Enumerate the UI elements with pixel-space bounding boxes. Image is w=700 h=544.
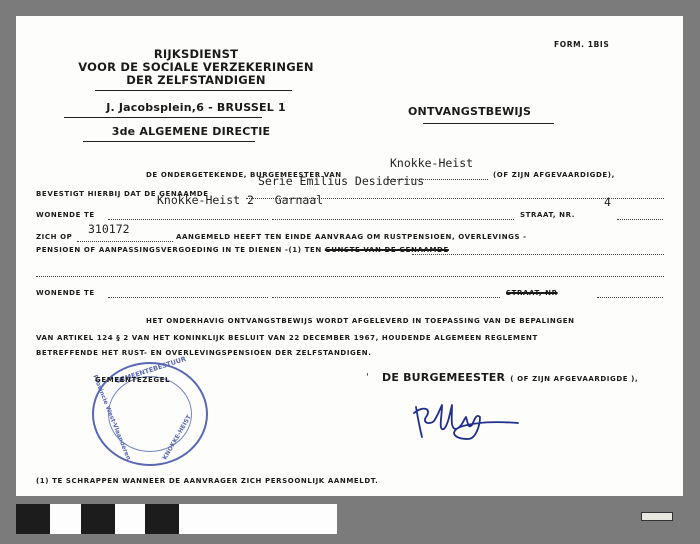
header-divider [95, 90, 292, 91]
calibration-block-white-1 [50, 504, 81, 534]
legal-paragraph-line1: Het onderhavig ontvangstbewijs wordt afg… [146, 317, 575, 325]
signatory-title: DE BURGEMEESTER [382, 371, 505, 384]
address-underline [64, 117, 262, 118]
org-name-line3: DER ZELFSTANDIGEN [96, 73, 296, 88]
document-title: ONTVANGSTBEWIJS [408, 104, 531, 119]
archive-barcode-label [641, 512, 673, 521]
application-text: aangemeld heeft ten einde aanvraag om ru… [176, 233, 527, 241]
street-number-label: straat, Nr. [520, 211, 575, 219]
applicant-address-value: Knokke-Heist 2 Garnaal [157, 193, 323, 207]
delegate-text: (of zijn afgevaardigde), [493, 171, 615, 179]
title-underline [423, 123, 554, 124]
mayor-signature [410, 395, 530, 445]
date-field-line [77, 241, 173, 242]
signatory-line: DE BURGEMEESTER ( of zijn afgevaardigde … [382, 366, 638, 385]
directorate-underline [83, 141, 255, 142]
calibration-block-black-3 [145, 504, 179, 534]
beneficiary-street-label: straat, Nr [506, 289, 558, 297]
directorate: 3de ALGEMENE DIRECTIE [76, 124, 306, 139]
municipality-value: Knokke-Heist [390, 156, 473, 170]
beneficiary-field-line [412, 254, 664, 255]
org-address: J. Jacobsplein,6 - BRUSSEL 1 [66, 100, 326, 115]
house-number-field-line [617, 219, 663, 220]
beneficiary-name-field-line [36, 276, 664, 277]
footnote: (1) Te schrappen wanneer de aanvrager zi… [36, 477, 378, 485]
beneficiary-residing-label: wonende te [36, 289, 95, 297]
struck-beneficiary-text: gunste van de genaamde [325, 246, 449, 254]
house-number-value: 4 [604, 195, 611, 209]
beneficiary-house-number-field-line [597, 297, 663, 298]
pension-type-text: pensioen of aanpassingsvergoeding in te … [36, 246, 449, 254]
calibration-block-white-2 [115, 504, 145, 534]
legal-paragraph-line3: betreffende het rust- en overlevingspens… [36, 349, 371, 357]
signatory-delegate-text: ( of zijn afgevaardigde ), [510, 375, 638, 383]
registration-date-value: 310172 [88, 222, 130, 236]
calibration-block-black-2 [81, 504, 115, 534]
residence-field-line [108, 219, 268, 220]
registered-on-label: zich op [36, 233, 72, 241]
municipal-seal-label: Gemeentezegel [95, 376, 170, 384]
residing-label: wonende te [36, 211, 95, 219]
beneficiary-residence-field-line [108, 297, 268, 298]
street-field-line [272, 219, 514, 220]
calibration-block-black-1 [16, 504, 50, 534]
pension-type-part-b: vergoeding in te dienen -(1) ten [161, 246, 322, 254]
beneficiary-street-field-line [272, 297, 500, 298]
form-number: form. 1bis [554, 40, 609, 49]
calibration-block-white-3 [179, 504, 337, 534]
applicant-name-value: Serie Emilius Desiderius [258, 174, 424, 188]
margin-mark: ' [366, 372, 369, 383]
legal-paragraph-line2: van artikel 124 § 2 van het koninklijk b… [36, 334, 538, 342]
pension-type-part-a: pensioen of aanpassings [36, 246, 161, 254]
